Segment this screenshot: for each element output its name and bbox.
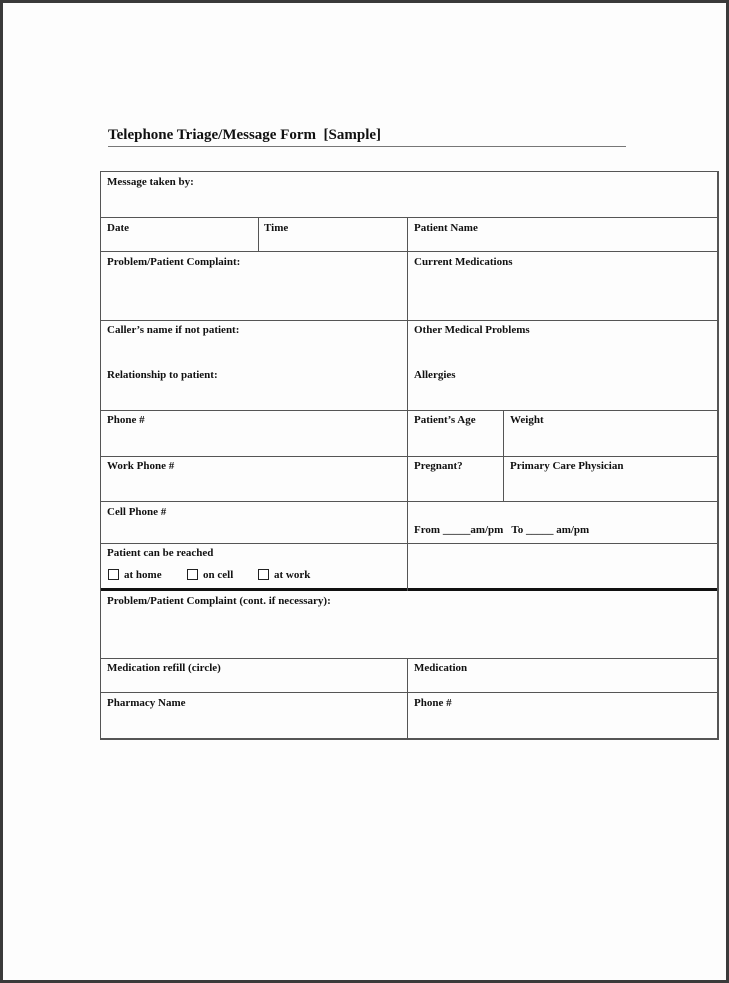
on-cell-checkbox[interactable] xyxy=(187,569,198,580)
current-medications-label: Current Medications xyxy=(414,256,512,268)
at-home-label: at home xyxy=(124,569,162,581)
medication-refill-label: Medication refill (circle) xyxy=(107,662,221,674)
from-to-time-label: From _____am/pm To _____ am/pm xyxy=(414,524,589,536)
patient-can-be-reached-label: Patient can be reached xyxy=(107,547,213,559)
allergies-label: Allergies xyxy=(414,369,456,381)
patients-age-label: Patient’s Age xyxy=(414,414,476,426)
time-label: Time xyxy=(264,222,288,234)
pregnant-label: Pregnant? xyxy=(414,460,463,472)
other-medical-problems-label: Other Medical Problems xyxy=(414,324,530,336)
phone-field[interactable] xyxy=(101,411,407,456)
availability-time-field[interactable] xyxy=(408,502,717,543)
at-work-label: at work xyxy=(274,569,310,581)
medication-label: Medication xyxy=(414,662,467,674)
at-home-checkbox[interactable] xyxy=(108,569,119,580)
table-border-bottom xyxy=(100,738,719,740)
date-label: Date xyxy=(107,222,129,234)
cell-phone-label: Cell Phone # xyxy=(107,506,166,518)
weight-label: Weight xyxy=(510,414,544,426)
reach-notes-field[interactable] xyxy=(408,544,717,588)
work-phone-label: Work Phone # xyxy=(107,460,174,472)
table-border-right xyxy=(717,171,719,740)
primary-care-physician-label: Primary Care Physician xyxy=(510,460,623,472)
at-work-checkbox[interactable] xyxy=(258,569,269,580)
problem-complaint-cont-label: Problem/Patient Complaint (cont. if nece… xyxy=(107,595,331,607)
patient-name-label: Patient Name xyxy=(414,222,478,234)
document-page: Telephone Triage/Message Form [Sample] M… xyxy=(3,3,726,980)
pharmacy-name-label: Pharmacy Name xyxy=(107,697,186,709)
pharmacy-phone-label: Phone # xyxy=(414,697,452,709)
caller-name-label: Caller’s name if not patient: xyxy=(107,324,239,336)
on-cell-label: on cell xyxy=(203,569,233,581)
message-taken-by-label: Message taken by: xyxy=(107,176,194,188)
pharmacy-phone-field[interactable] xyxy=(408,693,717,738)
title-underline xyxy=(108,146,626,147)
problem-complaint-label: Problem/Patient Complaint: xyxy=(107,256,240,268)
phone-label: Phone # xyxy=(107,414,145,426)
form-title: Telephone Triage/Message Form [Sample] xyxy=(108,127,381,144)
relationship-label: Relationship to patient: xyxy=(107,369,218,381)
